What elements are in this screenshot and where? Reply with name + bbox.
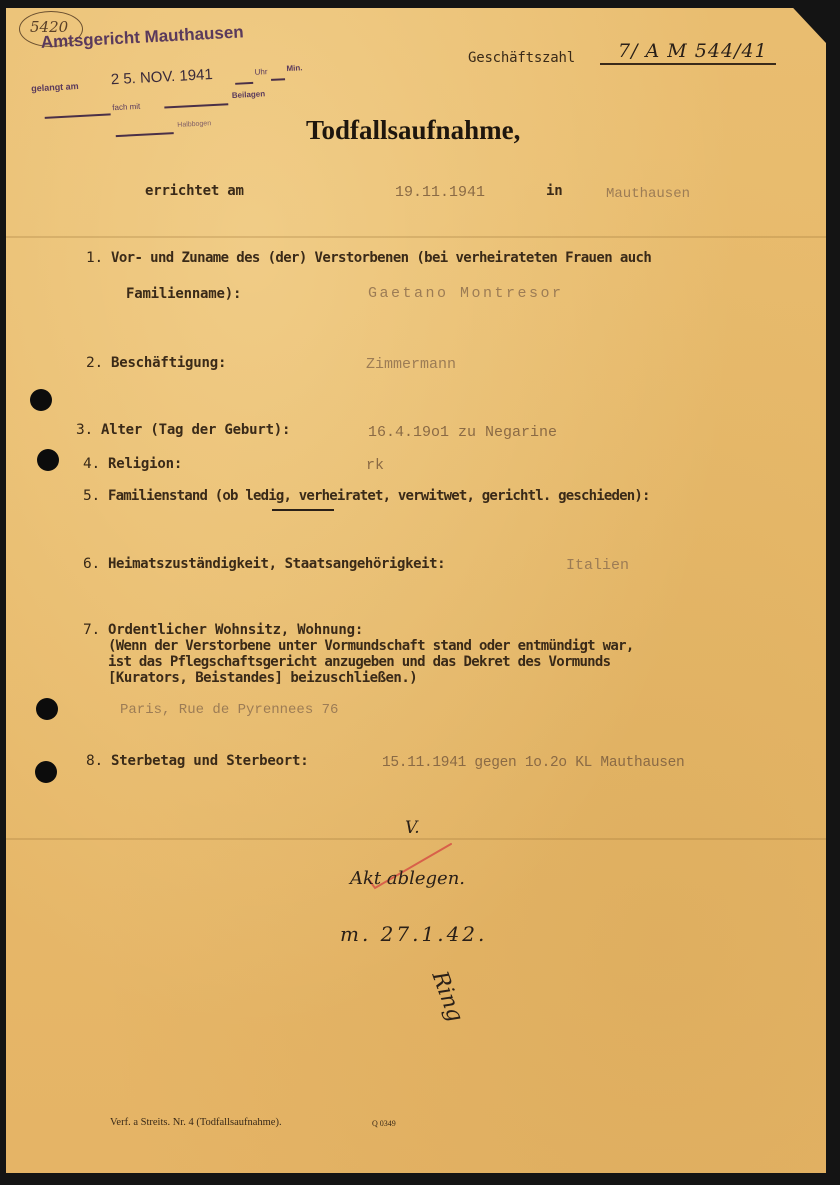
- field-1-value: Gaetano Montresor: [368, 285, 564, 302]
- field-4-number: 4.: [83, 456, 100, 472]
- stamp-time-label: Uhr: [254, 67, 267, 77]
- punch-hole: [30, 389, 52, 411]
- punch-hole: [36, 698, 58, 720]
- fold-line: [6, 236, 826, 238]
- field-3-value: 16.4.19o1 zu Negarine: [368, 424, 557, 441]
- field-4-value: rk: [366, 457, 384, 474]
- case-number-value: 7/ A M 544/41: [618, 40, 768, 62]
- field-5-number: 5.: [83, 488, 100, 504]
- established-label: errichtet am: [145, 183, 244, 199]
- field-6-value: Italien: [566, 557, 629, 574]
- document-page: [6, 8, 826, 1173]
- field-7-note-line3: [Kurators, Beistandes] beizuschließen.): [108, 670, 417, 686]
- established-in-label: in: [546, 183, 562, 199]
- field-7-value: Paris, Rue de Pyrennees 76: [120, 702, 338, 718]
- field-1-label: Vor- und Zuname des (der) Verstorbenen (…: [111, 250, 651, 266]
- punch-hole: [35, 761, 57, 783]
- field-3-label: Alter (Tag der Geburt):: [101, 422, 290, 438]
- field-6-label: Heimatszuständigkeit, Staatsangehörigkei…: [108, 556, 445, 572]
- field-7-note-line1: (Wenn der Verstorbene unter Vormundschaf…: [108, 638, 634, 654]
- field-6-number: 6.: [83, 556, 100, 572]
- field-4-label: Religion:: [108, 456, 182, 472]
- field-2-number: 2.: [86, 355, 103, 371]
- stamp-minutes-label: Min.: [286, 63, 302, 73]
- case-number-label: Geschäftszahl: [468, 50, 575, 66]
- stamp-copies-label: fach mit: [112, 102, 140, 112]
- field-5-value-underline: [272, 509, 334, 511]
- field-8-value: 15.11.1941 gegen 1o.2o KL Mauthausen: [382, 755, 684, 771]
- field-5-label: Familienstand (ob ledig, verheiratet, ve…: [108, 488, 650, 504]
- handwritten-mark: V.: [405, 818, 420, 838]
- field-3-number: 3.: [76, 422, 93, 438]
- case-number-underline: [600, 63, 776, 65]
- handwritten-line-1: Akt ablegen.: [350, 868, 465, 889]
- field-1-label-cont: Familienname):: [126, 286, 241, 302]
- field-7-number: 7.: [83, 622, 100, 638]
- established-date: 19.11.1941: [395, 184, 485, 201]
- footer-print-code: Q 0349: [372, 1119, 396, 1128]
- field-2-value: Zimmermann: [366, 356, 456, 373]
- footer-form-label: Verf. a Streits. Nr. 4 (Todfallsaufnahme…: [110, 1117, 282, 1128]
- field-8-number: 8.: [86, 753, 103, 769]
- field-8-label: Sterbetag und Sterbeort:: [111, 753, 309, 769]
- document-title: Todfallsaufnahme,: [306, 115, 520, 146]
- handwritten-line-2: m. 27.1.42.: [340, 922, 487, 946]
- field-7-label: Ordentlicher Wohnsitz, Wohnung:: [108, 622, 363, 638]
- field-1-number: 1.: [86, 250, 103, 266]
- stamp-attachments-label: Beilagen: [232, 89, 266, 100]
- punch-hole: [37, 449, 59, 471]
- established-place: Mauthausen: [606, 186, 690, 202]
- field-2-label: Beschäftigung:: [111, 355, 226, 371]
- field-7-note-line2: ist das Pflegschaftsgericht anzugeben un…: [108, 654, 610, 670]
